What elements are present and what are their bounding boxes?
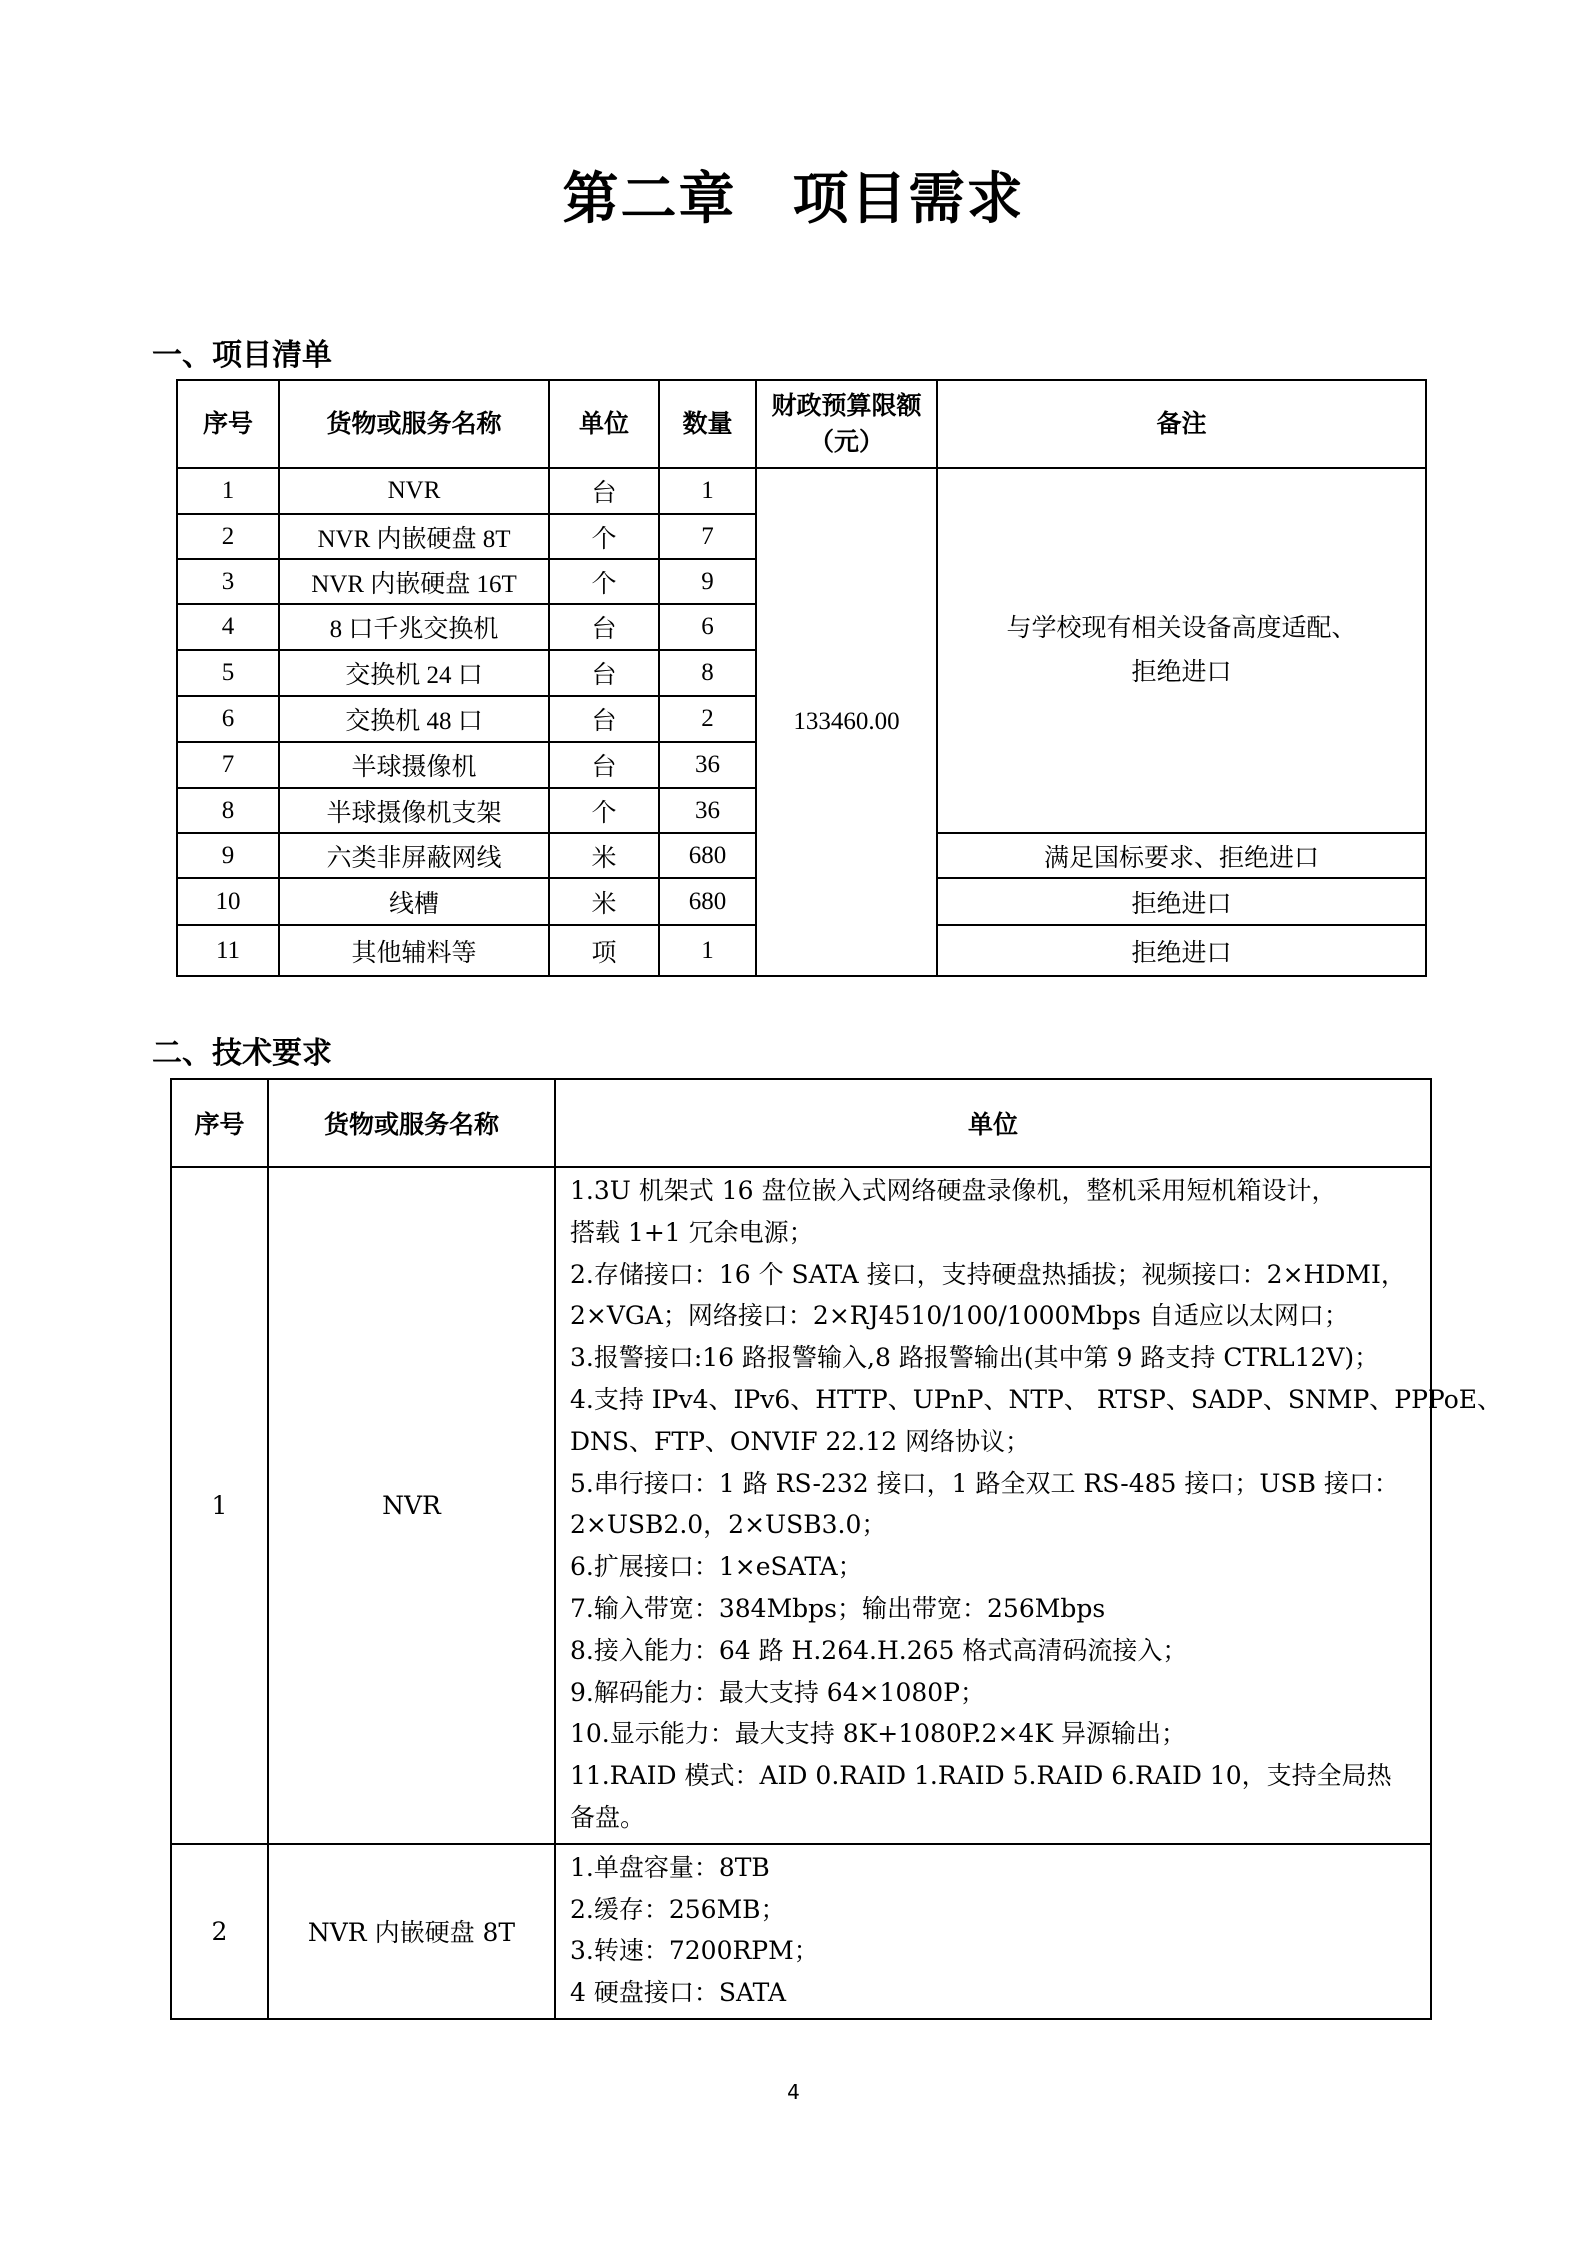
cell-name: 交换机 24 口 <box>279 650 549 696</box>
cell-unit: 台 <box>549 696 659 742</box>
cell-unit: 项 <box>549 925 659 976</box>
cell-name: NVR <box>268 1167 555 1844</box>
spec-line: 7.输入带宽：384Mbps；输出带宽：256Mbps <box>570 1588 1418 1630</box>
table-header-row: 序号 货物或服务名称 单位 数量 财政预算限额（元） 备注 <box>177 380 1426 468</box>
cell-qty: 680 <box>659 833 756 878</box>
cell-remark: 拒绝进口 <box>937 925 1426 976</box>
cell-no: 11 <box>177 925 279 976</box>
cell-unit: 米 <box>549 878 659 925</box>
cell-name: 六类非屏蔽网线 <box>279 833 549 878</box>
cell-qty: 1 <box>659 925 756 976</box>
cell-no: 5 <box>177 650 279 696</box>
spec-line: 2.存储接口：16 个 SATA 接口，支持硬盘热插拔；视频接口：2×HDMI， <box>570 1254 1418 1296</box>
remark-line: 拒绝进口 <box>938 651 1425 695</box>
page-title: 第二章项目需求 <box>0 155 1587 235</box>
cell-no: 1 <box>177 468 279 514</box>
cell-name: 半球摄像机支架 <box>279 788 549 833</box>
cell-name: 8 口千兆交换机 <box>279 604 549 650</box>
cell-remark: 满足国标要求、拒绝进口 <box>937 833 1426 878</box>
cell-unit: 台 <box>549 650 659 696</box>
cell-qty: 680 <box>659 878 756 925</box>
cell-name: 交换机 48 口 <box>279 696 549 742</box>
project-list-table: 序号 货物或服务名称 单位 数量 财政预算限额（元） 备注 1 NVR 台 1 … <box>176 379 1427 977</box>
header-no: 序号 <box>177 380 279 468</box>
page-number: 4 <box>0 2080 1587 2104</box>
cell-no: 1 <box>171 1167 268 1844</box>
cell-no: 4 <box>177 604 279 650</box>
cell-unit: 台 <box>549 742 659 788</box>
cell-no: 7 <box>177 742 279 788</box>
cell-qty: 36 <box>659 788 756 833</box>
header-qty: 数量 <box>659 380 756 468</box>
spec-line: 2×VGA；网络接口：2×RJ4510/100/1000Mbps 自适应以太网口… <box>570 1295 1418 1337</box>
cell-budget-total: 133460.00 <box>756 468 937 976</box>
cell-qty: 2 <box>659 696 756 742</box>
header-name: 货物或服务名称 <box>279 380 549 468</box>
spec-line: 3.转速：7200RPM； <box>570 1930 1418 1972</box>
cell-unit: 个 <box>549 514 659 559</box>
chapter-title: 项目需求 <box>793 166 1025 232</box>
cell-spec: 1.单盘容量：8TB 2.缓存：256MB； 3.转速：7200RPM； 4 硬… <box>555 1844 1431 2019</box>
spec-line: 1.单盘容量：8TB <box>570 1847 1418 1889</box>
table-header-row: 序号 货物或服务名称 单位 <box>171 1079 1431 1167</box>
spec-line: 4 硬盘接口：SATA <box>570 1972 1418 2014</box>
spec-line: 5.串行接口：1 路 RS-232 接口，1 路全双工 RS-485 接口；US… <box>570 1463 1418 1505</box>
section-heading-tech-requirements: 二、技术要求 <box>152 1028 332 1072</box>
spec-line: 9.解码能力：最大支持 64×1080P； <box>570 1672 1418 1714</box>
cell-no: 8 <box>177 788 279 833</box>
chapter-number: 第二章 <box>563 166 737 232</box>
cell-name: NVR 内嵌硬盘 8T <box>268 1844 555 2019</box>
cell-unit: 台 <box>549 468 659 514</box>
spec-line: 10.显示能力：最大支持 8K+1080P.2×4K 异源输出； <box>570 1713 1418 1755</box>
cell-name: 半球摄像机 <box>279 742 549 788</box>
spec-line: 1.3U 机架式 16 盘位嵌入式网络硬盘录像机，整机采用短机箱设计， <box>570 1170 1418 1212</box>
spec-line: 3.报警接口:16 路报警输入,8 路报警输出(其中第 9 路支持 CTRL12… <box>570 1337 1418 1379</box>
cell-remark: 拒绝进口 <box>937 878 1426 925</box>
cell-no: 3 <box>177 559 279 604</box>
header-spec: 单位 <box>555 1079 1431 1167</box>
cell-no: 2 <box>171 1844 268 2019</box>
table-row: 1 NVR 1.3U 机架式 16 盘位嵌入式网络硬盘录像机，整机采用短机箱设计… <box>171 1167 1431 1844</box>
spec-line: 2×USB2.0，2×USB3.0； <box>570 1504 1418 1546</box>
cell-no: 6 <box>177 696 279 742</box>
remark-line: 与学校现有相关设备高度适配、 <box>938 607 1425 651</box>
cell-remark-group: 与学校现有相关设备高度适配、 拒绝进口 <box>937 468 1426 833</box>
cell-name: NVR 内嵌硬盘 8T <box>279 514 549 559</box>
header-budget: 财政预算限额（元） <box>756 380 937 468</box>
spec-line: 4.支持 IPv4、IPv6、HTTP、UPnP、NTP、 RTSP、SADP、… <box>570 1379 1418 1421</box>
cell-no: 2 <box>177 514 279 559</box>
header-remarks: 备注 <box>937 380 1426 468</box>
tech-requirements-table: 序号 货物或服务名称 单位 1 NVR 1.3U 机架式 16 盘位嵌入式网络硬… <box>170 1078 1432 2020</box>
cell-no: 10 <box>177 878 279 925</box>
cell-unit: 米 <box>549 833 659 878</box>
cell-unit: 个 <box>549 788 659 833</box>
table-row: 2 NVR 内嵌硬盘 8T 1.单盘容量：8TB 2.缓存：256MB； 3.转… <box>171 1844 1431 2019</box>
cell-unit: 台 <box>549 604 659 650</box>
cell-spec: 1.3U 机架式 16 盘位嵌入式网络硬盘录像机，整机采用短机箱设计， 搭载 1… <box>555 1167 1431 1844</box>
spec-line: 8.接入能力：64 路 H.264.H.265 格式高清码流接入； <box>570 1630 1418 1672</box>
cell-name: 其他辅料等 <box>279 925 549 976</box>
header-no: 序号 <box>171 1079 268 1167</box>
cell-qty: 7 <box>659 514 756 559</box>
cell-qty: 36 <box>659 742 756 788</box>
spec-line: 搭载 1+1 冗余电源； <box>570 1212 1418 1254</box>
spec-line: 2.缓存：256MB； <box>570 1889 1418 1931</box>
table-row: 1 NVR 台 1 133460.00 与学校现有相关设备高度适配、 拒绝进口 <box>177 468 1426 514</box>
cell-unit: 个 <box>549 559 659 604</box>
spec-line: 11.RAID 模式：AID 0.RAID 1.RAID 5.RAID 6.RA… <box>570 1755 1418 1797</box>
spec-line: DNS、FTP、ONVIF 22.12 网络协议； <box>570 1421 1418 1463</box>
section-heading-project-list: 一、项目清单 <box>152 330 332 374</box>
cell-qty: 6 <box>659 604 756 650</box>
cell-name: 线槽 <box>279 878 549 925</box>
spec-line: 备盘。 <box>570 1797 1418 1839</box>
header-unit: 单位 <box>549 380 659 468</box>
header-name: 货物或服务名称 <box>268 1079 555 1167</box>
cell-name: NVR 内嵌硬盘 16T <box>279 559 549 604</box>
cell-qty: 1 <box>659 468 756 514</box>
cell-no: 9 <box>177 833 279 878</box>
cell-qty: 8 <box>659 650 756 696</box>
spec-line: 6.扩展接口：1×eSATA； <box>570 1546 1418 1588</box>
cell-qty: 9 <box>659 559 756 604</box>
cell-name: NVR <box>279 468 549 514</box>
